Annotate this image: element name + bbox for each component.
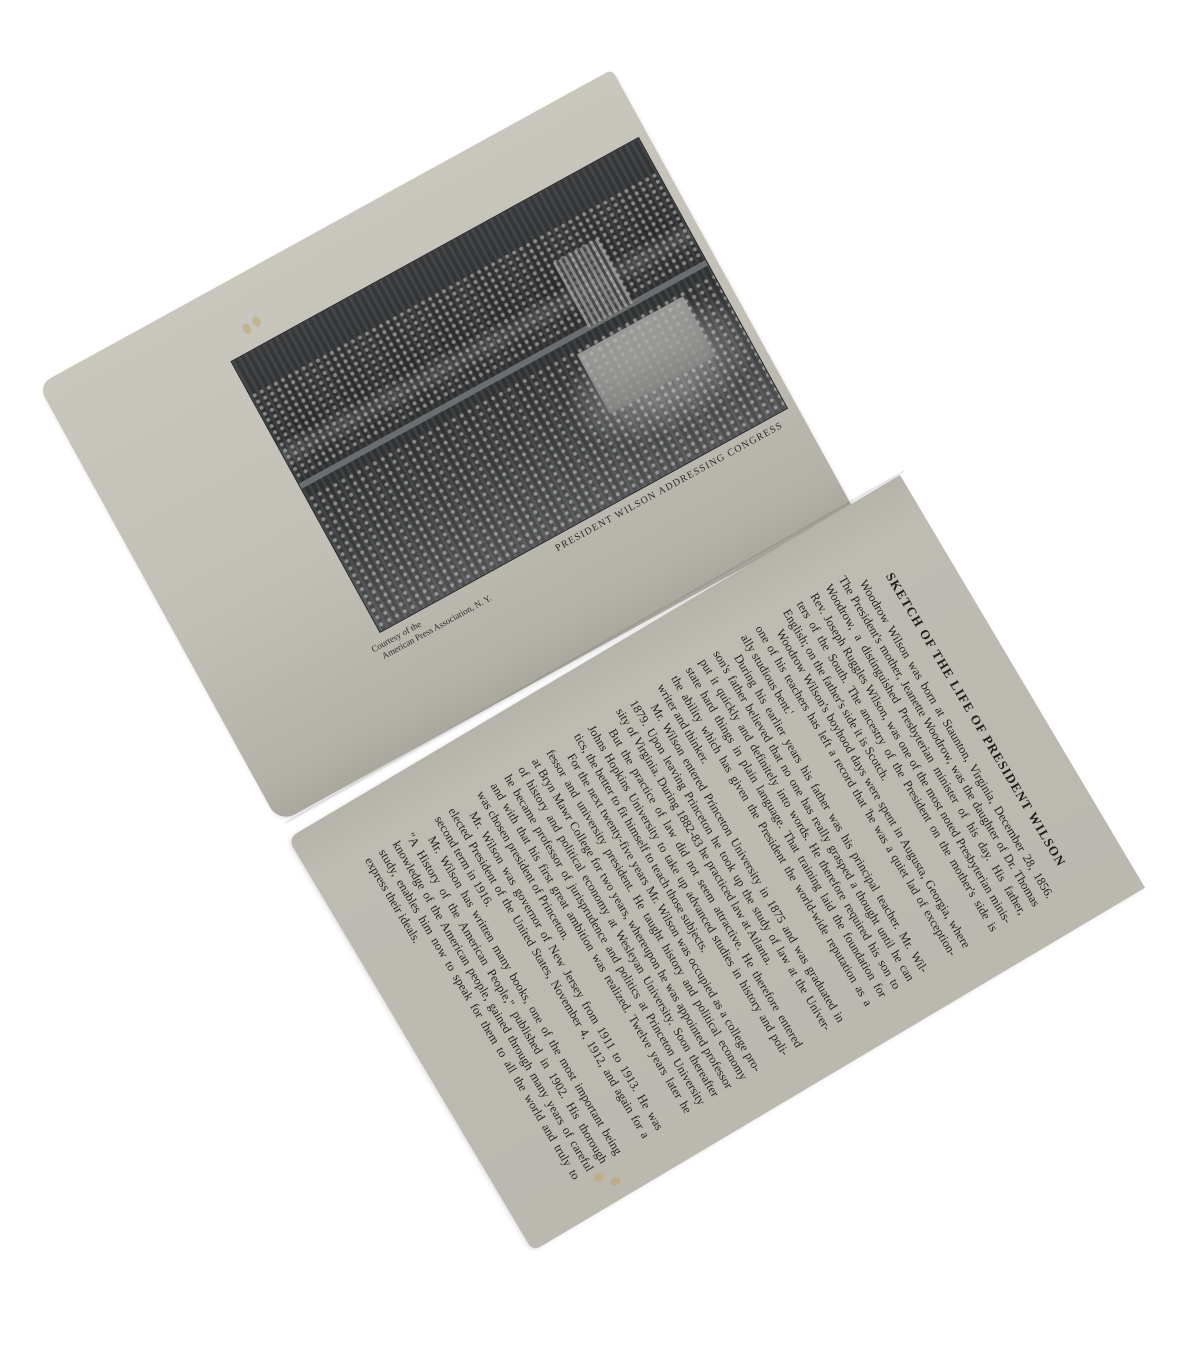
stain-mark [608,1175,622,1187]
congress-photograph [230,137,788,633]
stain-mark [592,1171,606,1183]
stain-mark [250,315,262,328]
stain-mark [241,322,253,335]
